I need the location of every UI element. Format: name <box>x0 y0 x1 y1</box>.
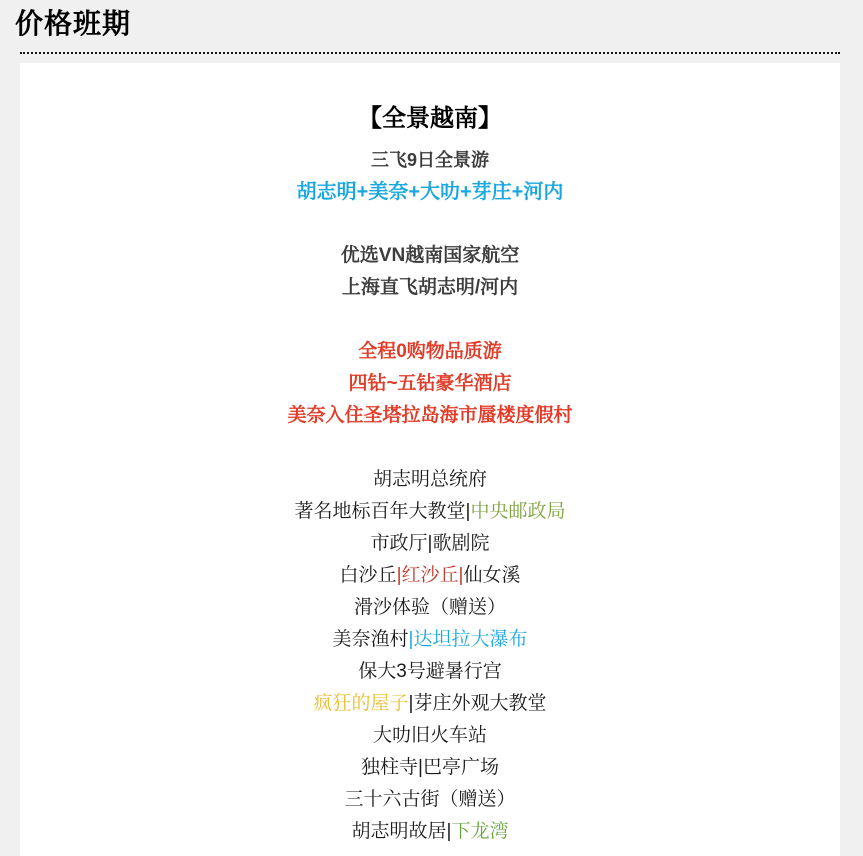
itinerary-line: 滑沙体验（赠送） <box>20 592 840 624</box>
itinerary-segment: 美奈渔村 <box>333 629 409 650</box>
itinerary-line: 市政厅|歌剧院 <box>20 528 840 560</box>
itinerary-line: 独柱寺|巴亭广场 <box>20 752 840 784</box>
page: 价格班期 【全景越南】 三飞9日全景游 胡志明+美奈+大叻+芽庄+河内 优选VN… <box>0 0 863 856</box>
dotted-divider <box>20 52 840 54</box>
itinerary-segment: 胡志明总统府 <box>373 469 487 490</box>
itinerary-segment: 著名地标百年大教堂| <box>295 501 471 522</box>
itinerary-line: 三十六古街（赠送） <box>20 784 840 816</box>
itinerary-line: 保大3号避暑行宫 <box>20 656 840 688</box>
tour-route: 胡志明+美奈+大叻+芽庄+河内 <box>20 176 840 208</box>
itinerary-line: 胡志明故居|下龙湾 <box>20 816 840 848</box>
itinerary-line: 胡志明总统府 <box>20 464 840 496</box>
blank-line <box>20 432 840 464</box>
itinerary-line: 白沙丘|红沙丘|仙女溪 <box>20 560 840 592</box>
itinerary-segment: |芽庄外观大教堂 <box>409 693 547 714</box>
content-card: 【全景越南】 三飞9日全景游 胡志明+美奈+大叻+芽庄+河内 优选VN越南国家航… <box>20 63 840 856</box>
itinerary-segment: 三十六古街（赠送） <box>344 789 515 810</box>
tour-title: 【全景越南】 <box>20 103 840 135</box>
itinerary-line: 疯狂的屋子|芽庄外观大教堂 <box>20 688 840 720</box>
airline-line: 上海直飞胡志明/河内 <box>20 272 840 304</box>
highlight-line: 全程0购物品质游 <box>20 336 840 368</box>
itinerary-segment: 滑沙体验（赠送） <box>354 597 506 618</box>
itinerary-segment: 保大3号避暑行宫 <box>358 661 502 682</box>
itinerary-segment: 疯狂的屋子 <box>314 693 409 714</box>
highlight-line: 美奈入住圣塔拉岛海市蜃楼度假村 <box>20 400 840 432</box>
itinerary-line: 大叻旧火车站 <box>20 720 840 752</box>
itinerary-segment: 胡志明故居| <box>352 821 452 842</box>
tour-subtitle: 三飞9日全景游 <box>20 144 840 176</box>
airline-line: 优选VN越南国家航空 <box>20 240 840 272</box>
section-title: 价格班期 <box>0 0 863 42</box>
itinerary-segment: 市政厅|歌剧院 <box>371 533 490 554</box>
itinerary-line: 美奈渔村|达坦拉大瀑布 <box>20 624 840 656</box>
itinerary-segment: 仙女溪 <box>463 565 520 586</box>
itinerary-line: 著名地标百年大教堂|中央邮政局 <box>20 496 840 528</box>
blank-line <box>20 304 840 336</box>
itinerary-segment: 白沙丘 <box>340 565 397 586</box>
itinerary-segment: |达坦拉大瀑布 <box>409 629 528 650</box>
itinerary-segment: 独柱寺|巴亭广场 <box>361 757 499 778</box>
itinerary-list: 胡志明总统府著名地标百年大教堂|中央邮政局市政厅|歌剧院白沙丘|红沙丘|仙女溪滑… <box>20 464 840 848</box>
highlight-line: 四钻~五钻豪华酒店 <box>20 368 840 400</box>
itinerary-segment: 大叻旧火车站 <box>373 725 487 746</box>
itinerary-segment: |红沙丘| <box>397 565 464 586</box>
blank-line <box>20 208 840 240</box>
itinerary-segment: 下龙湾 <box>451 821 508 842</box>
itinerary-segment: 中央邮政局 <box>470 501 565 522</box>
